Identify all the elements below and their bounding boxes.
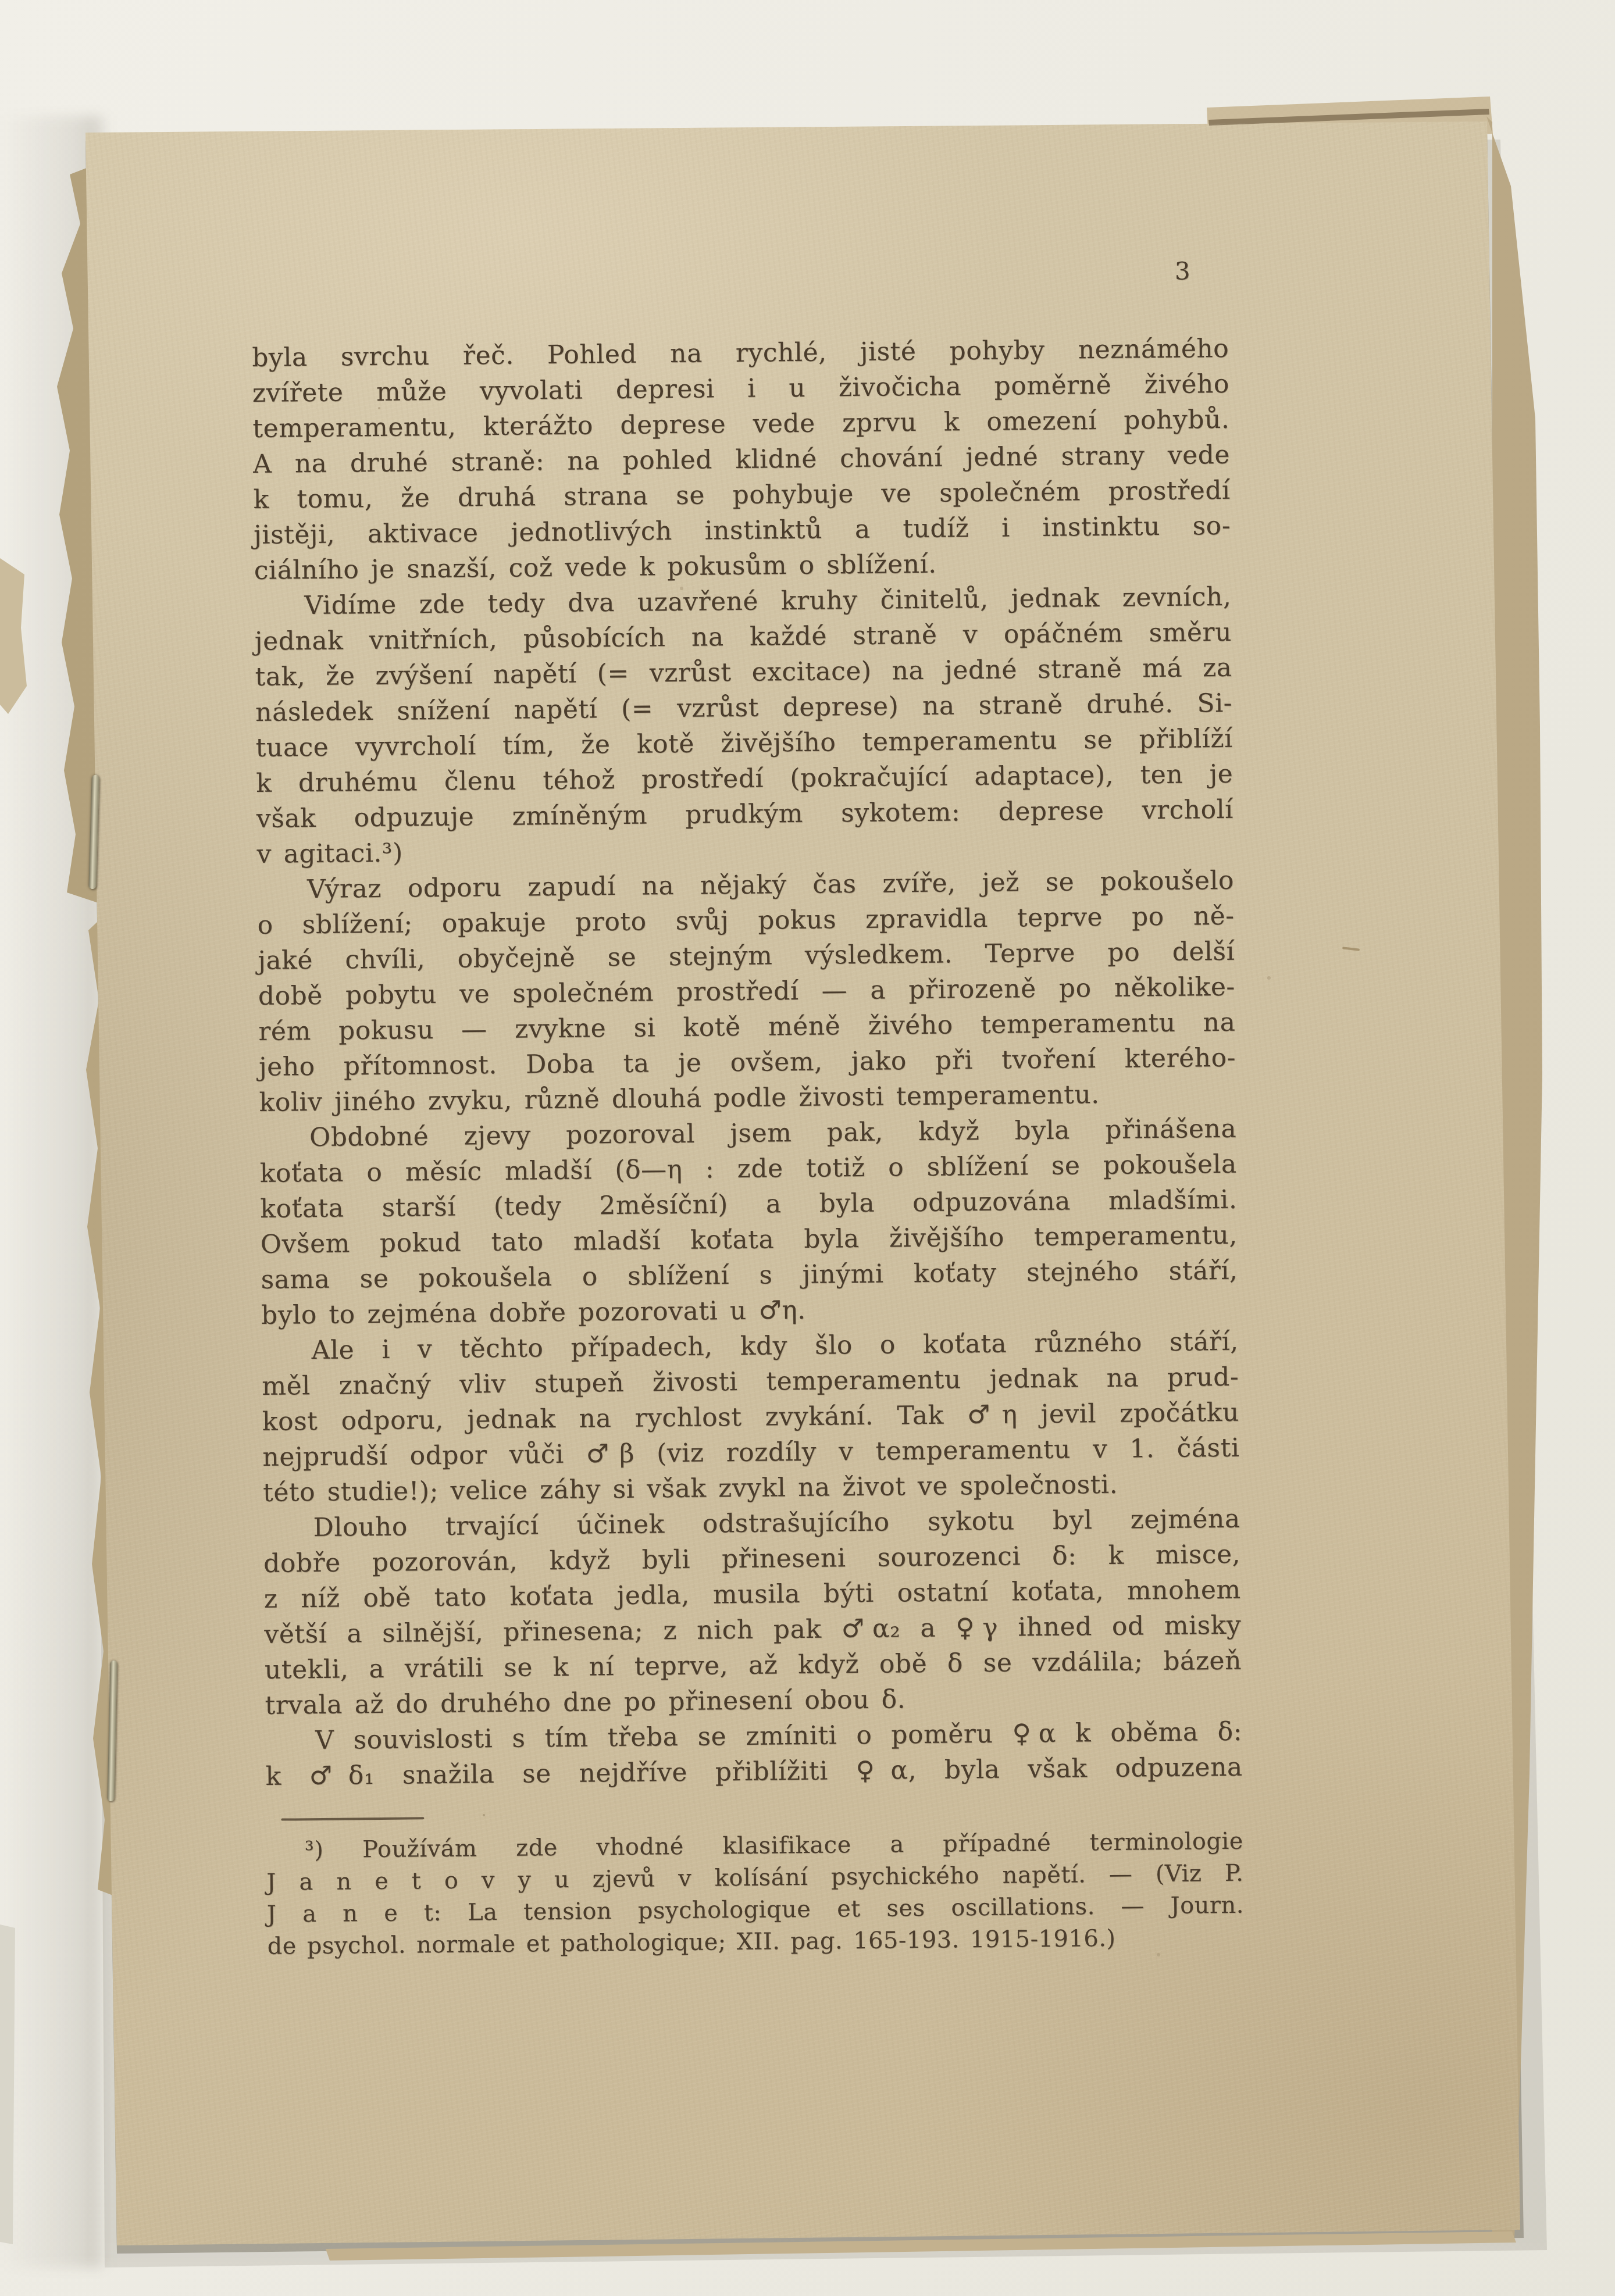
scanned-book-page: 3 byla svrchu řeč. Pohled na rychlé, jis… [0,0,1615,2296]
footnote-block: ³) Používám zde vhodné klasifikace a pří… [266,1826,1245,1963]
footnote-separator [281,1817,424,1820]
text-layer: 3 byla svrchu řeč. Pohled na rychlé, jis… [252,331,1245,1963]
page-number: 3 [1175,256,1191,285]
text-block: byla svrchu řeč. Pohled na rychlé, jisté… [252,331,1243,1794]
paper-fiber [1342,947,1360,951]
